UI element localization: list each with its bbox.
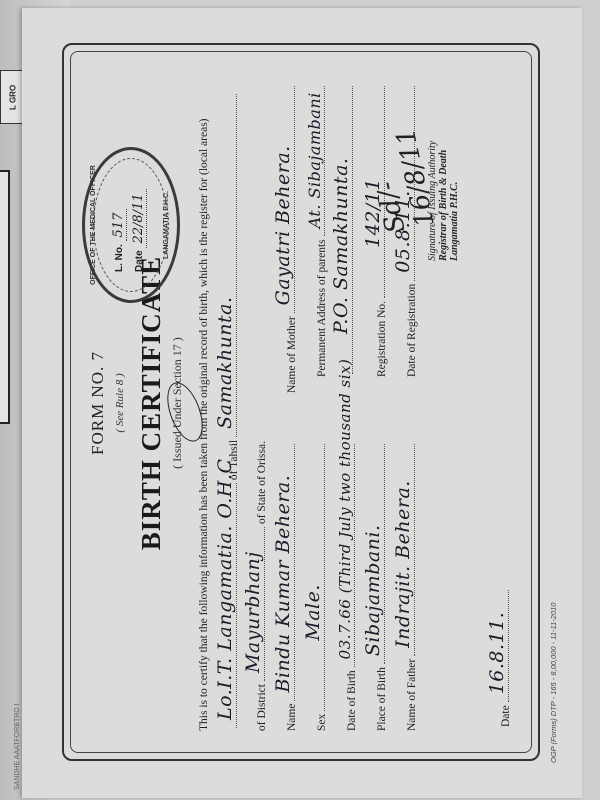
registration-date-label: Date of Registration: [406, 284, 418, 377]
mother-row: Name of Mother Gayatri Behera.: [280, 83, 298, 393]
address-field-2: P.O. Samakhunta.: [338, 86, 353, 374]
name-label: Name: [286, 704, 298, 731]
stamp-date-label: Date: [134, 250, 145, 272]
stamp-date-value: 22/8/11: [131, 189, 147, 247]
father-field: Indrajit. Behera.: [400, 444, 415, 656]
father-row: Name of Father Indrajit. Behera.: [400, 441, 418, 731]
certificate-paper: FORM NO. 7 ( See Rule 8 ) BIRTH CERTIFIC…: [22, 8, 582, 798]
address-field: At. Sibajambani: [310, 86, 325, 236]
signature-block: Sd/- 16/8/11 Signature of Issuing Author…: [367, 91, 460, 261]
sex-value: Male.: [302, 584, 324, 641]
place-of-birth-value: Sibajambani.: [362, 524, 384, 656]
issue-date-label: Date: [500, 705, 512, 727]
district-row: of District Mayurbhanj of State of Oriss…: [250, 441, 268, 731]
medical-officer-stamp: OFFICE OF THE MEDICAL OFFICER L. No. 517…: [82, 147, 180, 303]
tahsil-field: Samakhunta.: [222, 94, 237, 437]
sex-row: Sex Male.: [310, 441, 328, 731]
see-rule: ( See Rule 8 ): [114, 33, 126, 773]
father-value: Indrajit. Behera.: [392, 480, 414, 648]
local-area-row: Lo.I.T. Langamatia. O.H.C of Tahsil Sama…: [222, 91, 240, 731]
name-value: Bindu Kumar Behera.: [272, 475, 294, 693]
tahsil-value: Samakhunta.: [214, 296, 236, 428]
sex-field: Male.: [310, 444, 325, 711]
local-area-value: Lo.I.T. Langamatia. O.H.C: [214, 458, 236, 720]
dob-row: Date of Birth 03.7.66 (Third July two th…: [340, 441, 358, 731]
name-field: Bindu Kumar Behera.: [280, 444, 295, 701]
address-value-2: P.O. Samakhunta.: [330, 158, 352, 334]
issue-date-value: 16.8.11.: [486, 612, 508, 695]
address-row-2: P.O. Samakhunta.: [338, 83, 356, 377]
mother-label: Name of Mother: [286, 316, 298, 393]
stamp-ring-top: OFFICE OF THE MEDICAL OFFICER: [90, 150, 97, 300]
father-label: Name of Father: [406, 659, 418, 731]
stamp-l-no-label: L. No.: [114, 244, 125, 272]
issue-date-row: Date 16.8.11.: [494, 587, 512, 727]
stamp-date: Date 22/8/11: [131, 189, 146, 272]
place-of-birth-row: Place of Birth Sibajambani.: [370, 441, 388, 731]
mother-field: Gayatri Behera.: [280, 86, 295, 313]
background-box: [0, 170, 10, 424]
district-value: Mayurbhanj: [242, 551, 264, 673]
stamp-ring-bottom: LANGAMATIA P.H.C.: [163, 150, 170, 300]
registration-no-label: Registration No.: [376, 301, 388, 377]
local-area-field: Lo.I.T. Langamatia. O.H.C: [222, 483, 237, 728]
birth-certificate: FORM NO. 7 ( See Rule 8 ) BIRTH CERTIFIC…: [52, 33, 552, 773]
name-row: Name Bindu Kumar Behera.: [280, 441, 298, 731]
form-number: FORM NO. 7: [88, 33, 108, 773]
district-field: Mayurbhanj: [250, 527, 265, 681]
address-row: Permanent Address of parents At. Sibajam…: [310, 83, 328, 377]
issue-date-field: 16.8.11.: [494, 590, 509, 702]
registrar-title: Registrar of Birth & Death: [438, 91, 449, 261]
place-of-birth-label: Place of Birth: [376, 667, 388, 731]
place-of-birth-field: Sibajambani.: [370, 444, 385, 664]
dob-field: 03.7.66 (Third July two thousand six): [340, 444, 355, 667]
address-value: At. Sibajambani: [305, 92, 324, 228]
certificate-title: BIRTH CERTIFICATE: [136, 33, 167, 773]
stamp-l-no: L. No. 517: [111, 209, 126, 272]
stamp-l-no-value: 517: [111, 209, 127, 242]
registrar-office: Langamatia P.H.C.: [449, 91, 460, 261]
dob-value: 03.7.66 (Third July two thousand six): [336, 359, 354, 660]
mother-value: Gayatri Behera.: [272, 145, 294, 305]
dob-label: Date of Birth: [346, 670, 358, 731]
address-label: Permanent Address of parents: [316, 239, 328, 377]
district-label: of District: [256, 684, 268, 731]
state-label: of State of Orissa.: [256, 441, 268, 524]
print-code: OGP (Forms) DTP - 165 - 8,00,000 - 11-11…: [549, 603, 558, 763]
sex-label: Sex: [316, 714, 328, 731]
